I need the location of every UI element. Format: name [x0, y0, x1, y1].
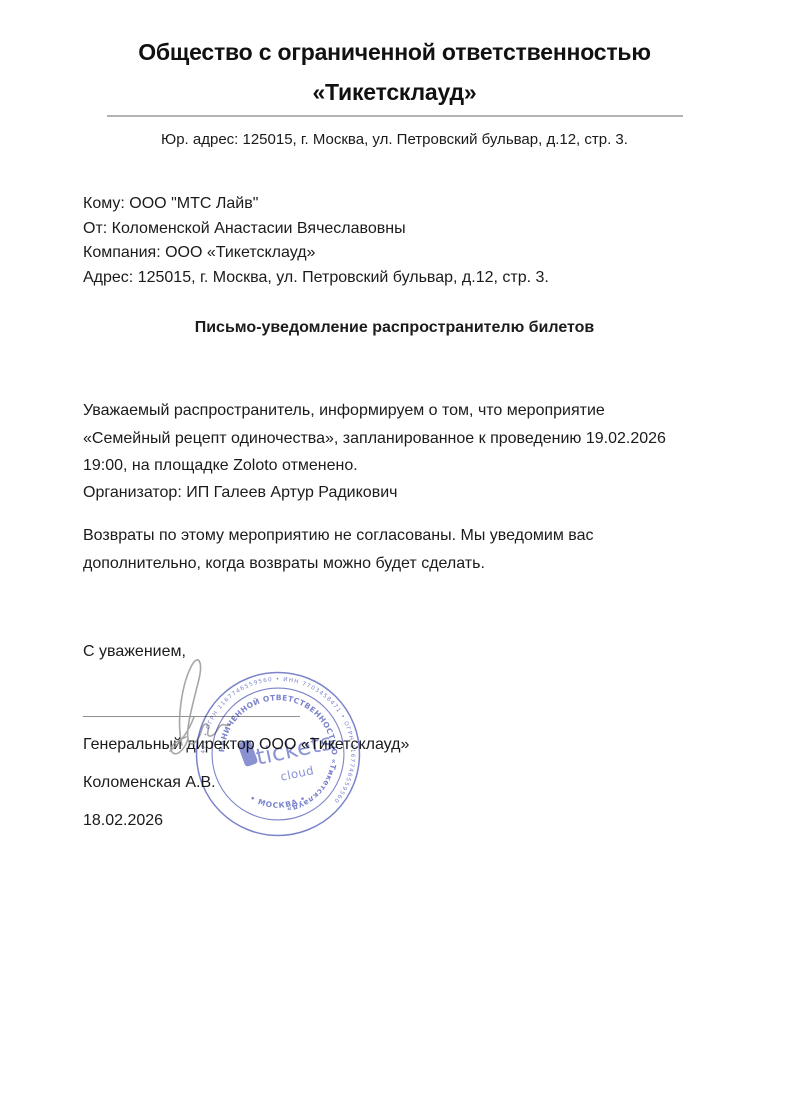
company-title-line1: Общество с ограниченной ответственностью	[0, 32, 789, 72]
company-stamp-svg: ИНН 7703458471 • ОГРН 1167746559560 • ИН…	[194, 670, 362, 838]
company-stamp: ИНН 7703458471 • ОГРН 1167746559560 • ИН…	[194, 670, 362, 838]
stamp-mid-circle	[212, 688, 344, 820]
regards-line: С уважением,	[83, 643, 186, 661]
recipient-address: Адрес: 125015, г. Москва, ул. Петровский…	[83, 266, 723, 291]
paragraph2-line2: дополнительно, когда возвраты можно буде…	[83, 550, 733, 578]
signature-line	[83, 716, 300, 717]
legal-address: Юр. адрес: 125015, г. Москва, ул. Петров…	[0, 131, 789, 148]
signatory-title: Генеральный директор ООО «Тикетсклауд»	[83, 736, 409, 754]
stamp-outer-circle	[197, 673, 360, 836]
letter-date: 18.02.2026	[83, 812, 163, 830]
signatory-name: Коломенская А.В.	[83, 774, 216, 792]
stamp-bottom-text: • МОСКВА •	[248, 793, 307, 809]
paragraph1-line3: 19:00, на площадке Zoloto отменено.	[83, 452, 733, 480]
stamp-logo-subtext: cloud	[279, 763, 315, 784]
recipient-block: Кому: ООО "МТС Лайв" От: Коломенской Ана…	[83, 192, 723, 290]
body-paragraph-2: Возвраты по этому мероприятию не согласо…	[83, 522, 733, 577]
letter-subject: Письмо-уведомление распространителю биле…	[0, 319, 789, 337]
company-title-line2: «Тикетсклауд»	[0, 72, 789, 112]
organizer-line: Организатор: ИП Галеев Артур Радикович	[83, 484, 397, 502]
recipient-from: От: Коломенской Анастасии Вячеславовны	[83, 217, 723, 242]
recipient-company: Компания: ООО «Тикетсклауд»	[83, 241, 723, 266]
header-divider	[107, 115, 683, 117]
recipient-to: Кому: ООО "МТС Лайв"	[83, 192, 723, 217]
body-paragraph-1: Уважаемый распространитель, информируем …	[83, 397, 733, 480]
letter-page: Общество с ограниченной ответственностью…	[0, 0, 789, 1118]
paragraph1-line2: «Семейный рецепт одиночества», запланиро…	[83, 425, 733, 453]
paragraph2-line1: Возвраты по этому мероприятию не согласо…	[83, 522, 733, 550]
paragraph1-line1: Уважаемый распространитель, информируем …	[83, 397, 733, 425]
company-title: Общество с ограниченной ответственностью…	[0, 32, 789, 112]
